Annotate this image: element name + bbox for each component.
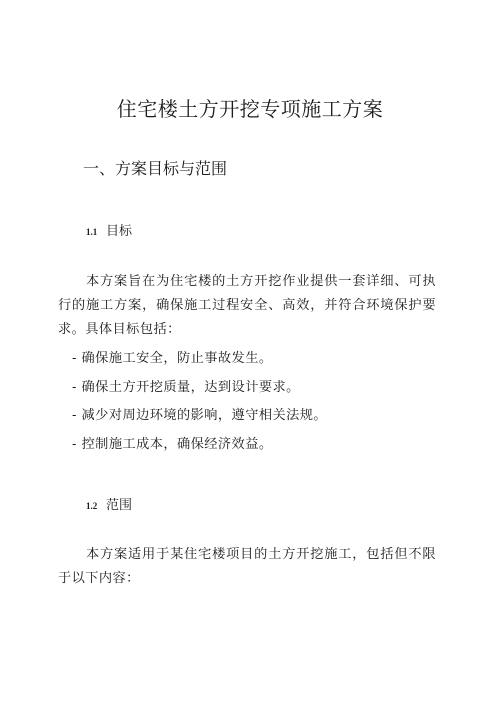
- goals-paragraph: 本方案旨在为住宅楼的土方开挖作业提供一套详细、可执行的施工方案，确保施工过程安全…: [58, 270, 436, 342]
- list-item: - 减少对周边环境的影响，遵守相关法规。: [72, 404, 327, 433]
- subsection-heading-goals: 1.1 目标: [86, 220, 132, 239]
- subsection-heading-scope: 1.2 范围: [86, 494, 132, 513]
- subsection-title: 目标: [106, 220, 132, 239]
- list-item: - 控制施工成本，确保经济效益。: [72, 433, 327, 462]
- scope-paragraph: 本方案适用于某住宅楼项目的土方开挖施工，包括但不限于以下内容：: [58, 543, 436, 591]
- section-heading-goals-and-scope: 一、方案目标与范围: [83, 157, 227, 181]
- document-title: 住宅楼土方开挖专项施工方案: [0, 95, 500, 123]
- subsection-number: 1.1: [86, 227, 106, 237]
- goals-list: - 确保施工安全，防止事故发生。 - 确保土方开挖质量，达到设计要求。 - 减少…: [72, 347, 327, 461]
- subsection-number: 1.2: [86, 501, 106, 511]
- document-page: 住宅楼土方开挖专项施工方案 一、方案目标与范围 1.1 目标 本方案旨在为住宅楼…: [0, 0, 500, 707]
- list-item: - 确保土方开挖质量，达到设计要求。: [72, 376, 327, 405]
- list-item: - 确保施工安全，防止事故发生。: [72, 347, 327, 376]
- subsection-title: 范围: [106, 494, 132, 513]
